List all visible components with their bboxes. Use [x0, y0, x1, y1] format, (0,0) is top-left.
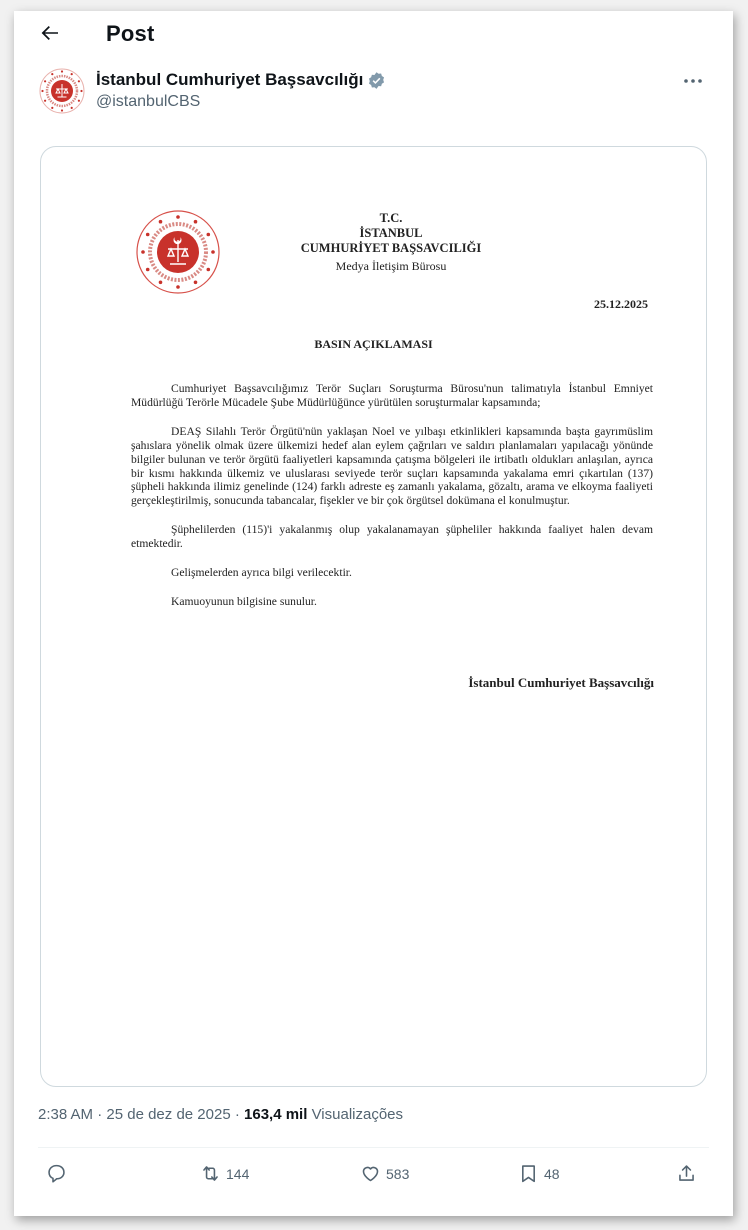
prosecutor-emblem-icon — [135, 209, 221, 295]
share-button[interactable] — [676, 1163, 697, 1184]
arrow-left-icon — [38, 21, 62, 45]
document-date: 25.12.2025 — [594, 297, 648, 312]
like-count: 583 — [386, 1166, 409, 1182]
author-row: İstanbul Cumhuriyet Başsavcılığı @istanb… — [38, 67, 713, 117]
divider — [38, 1147, 709, 1148]
bookmark-count: 48 — [544, 1166, 560, 1182]
repost-button[interactable]: 144 — [200, 1163, 249, 1184]
repost-count: 144 — [226, 1166, 249, 1182]
back-button[interactable] — [38, 21, 66, 49]
reply-icon — [46, 1163, 67, 1184]
bookmark-icon — [518, 1163, 539, 1184]
document-paragraph: Gelişmelerden ayrıca bilgi verilecektir. — [131, 566, 653, 580]
prosecutor-emblem-icon — [38, 67, 86, 115]
document-paragraph: Kamuoyunun bilgisine sunulur. — [131, 595, 653, 609]
post-time[interactable]: 2:38 AM — [38, 1106, 93, 1123]
views-label: Visualizações — [312, 1106, 403, 1123]
document-body: Cumhuriyet Başsavcılığımız Terör Suçları… — [131, 382, 653, 624]
share-icon — [676, 1163, 697, 1184]
top-bar: Post — [14, 11, 733, 59]
post-date[interactable]: 25 de dez de 2025 — [106, 1106, 230, 1123]
views-count: 163,4 mil — [244, 1106, 307, 1123]
more-button[interactable] — [681, 73, 705, 89]
press-release-document: T.C. İSTANBUL CUMHURİYET BAŞSAVCILIĞI Me… — [41, 147, 706, 1086]
action-bar: 144 583 48 — [38, 1161, 709, 1193]
post-meta: 2:38 AM · 25 de dez de 2025 · 163,4 mil … — [38, 1106, 403, 1123]
document-signature: İstanbul Cumhuriyet Başsavcılığı — [468, 675, 654, 691]
author-name[interactable]: İstanbul Cumhuriyet Başsavcılığı — [96, 70, 386, 90]
attached-document-image[interactable]: T.C. İSTANBUL CUMHURİYET BAŞSAVCILIĞI Me… — [40, 146, 707, 1087]
document-paragraph: DEAŞ Silahlı Terör Örgütü'nün yaklaşan N… — [131, 425, 653, 508]
document-paragraph: Şüphelilerden (115)'i yakalanmış olup ya… — [131, 523, 653, 551]
document-header: T.C. İSTANBUL CUMHURİYET BAŞSAVCILIĞI Me… — [271, 211, 511, 274]
page-title: Post — [106, 21, 154, 47]
like-button[interactable]: 583 — [360, 1163, 409, 1184]
post-card: Post İstanbul Cumhuriyet Başsavcılığı — [14, 11, 733, 1216]
document-title: BASIN AÇIKLAMASI — [41, 337, 706, 352]
verified-badge-icon — [367, 71, 386, 90]
reply-button[interactable] — [46, 1163, 67, 1184]
repost-icon — [200, 1163, 221, 1184]
bookmark-button[interactable]: 48 — [518, 1163, 560, 1184]
more-horizontal-icon — [681, 73, 705, 89]
heart-icon — [360, 1163, 381, 1184]
document-paragraph: Cumhuriyet Başsavcılığımız Terör Suçları… — [131, 382, 653, 410]
author-handle[interactable]: @istanbulCBS — [96, 93, 200, 111]
avatar[interactable] — [38, 67, 86, 115]
